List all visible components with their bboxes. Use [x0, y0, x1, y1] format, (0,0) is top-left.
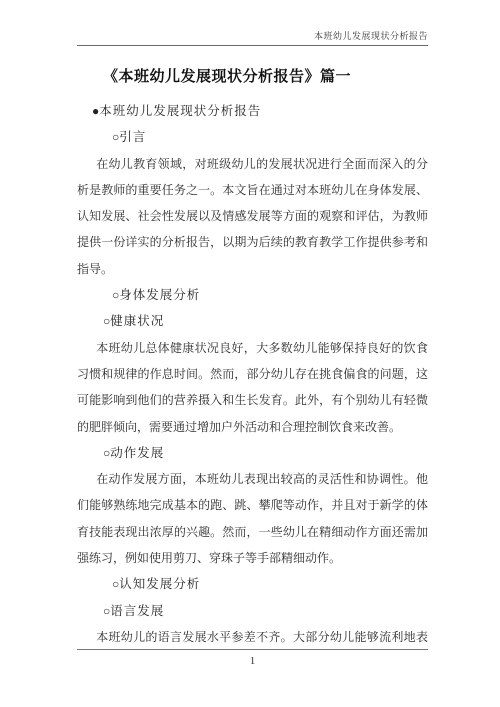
heading-intro-label: 引言 [119, 130, 146, 144]
paragraph-line: 的肥胖倾向，需要通过增加户外活动和合理控制饮食来改善。 [77, 414, 428, 440]
document-body: 《本班幼儿发展现状分析报告》篇一 ●本班幼儿发展现状分析报告 ○引言 在幼儿教育… [77, 60, 428, 650]
paragraph-line: 习惯和规律的作息时间。然而，部分幼儿存在挑食偏食的问题，这 [77, 361, 428, 387]
heading-health: ○健康状况 [77, 308, 428, 334]
heading-language: ○语言发展 [77, 598, 428, 624]
paragraph-line: 在动作发展方面，本班幼儿表现出较高的灵活性和协调性。他 [77, 466, 428, 492]
paragraph-line: 们能够熟练地完成基本的跑、跳、攀爬等动作，并且对于新学的体 [77, 492, 428, 518]
paragraph-health: 本班幼儿总体健康状况良好，大多数幼儿能够保持良好的饮食 习惯和规律的作息时间。然… [77, 335, 428, 440]
paragraph-line: 析是教师的重要任务之一。本文旨在通过对本班幼儿在身体发展、 [77, 177, 428, 203]
paragraph-line: 育技能表现出浓厚的兴趣。然而，一些幼儿在精细动作方面还需加 [77, 519, 428, 545]
heading-physical-label: 身体发展分析 [119, 288, 200, 302]
paragraph-intro: 在幼儿教育领域，对班级幼儿的发展状况进行全面而深入的分 析是教师的重要任务之一。… [77, 151, 428, 282]
heading-cognitive: ○认知发展分析 [77, 571, 428, 597]
heading-language-label: 语言发展 [110, 604, 164, 618]
heading-cognitive-label: 认知发展分析 [119, 577, 200, 591]
paragraph-line: 指导。 [77, 256, 428, 282]
paragraph-motor: 在动作发展方面，本班幼儿表现出较高的灵活性和协调性。他 们能够熟练地完成基本的跑… [77, 466, 428, 571]
page-header: 本班幼儿发展现状分析报告 [77, 30, 428, 46]
paragraph-line: 可能影响到他们的营养摄入和生长发育。此外，有个别幼儿有轻微 [77, 387, 428, 413]
paragraph-line: 提供一份详实的分析报告，以期为后续的教育教学工作提供参考和 [77, 229, 428, 255]
paragraph-line: 认知发展、社会性发展以及情感发展等方面的观察和评估，为教师 [77, 203, 428, 229]
paragraph-line: 本班幼儿总体健康状况良好，大多数幼儿能够保持良好的饮食 [77, 335, 428, 361]
page-number: 1 [250, 655, 256, 667]
heading-intro: ○引言 [77, 124, 428, 150]
header-running-title: 本班幼儿发展现状分析报告 [314, 31, 428, 41]
paragraph-line: 本班幼儿的语言发展水平参差不齐。大部分幼儿能够流利地表 [77, 624, 428, 650]
heading-report: ●本班幼儿发展现状分析报告 [77, 98, 428, 124]
paragraph-line: 强练习，例如使用剪刀、穿珠子等手部精细动作。 [77, 545, 428, 571]
heading-motor: ○动作发展 [77, 440, 428, 466]
heading-motor-label: 动作发展 [110, 446, 164, 460]
heading-report-label: 本班幼儿发展现状分析报告 [99, 104, 261, 118]
paragraph-language: 本班幼儿的语言发展水平参差不齐。大部分幼儿能够流利地表 [77, 624, 428, 650]
heading-health-label: 健康状况 [110, 314, 164, 328]
document-page: 本班幼儿发展现状分析报告 《本班幼儿发展现状分析报告》篇一 ●本班幼儿发展现状分… [0, 0, 500, 707]
document-title: 《本班幼儿发展现状分析报告》篇一 [103, 66, 428, 88]
page-footer: 1 [77, 649, 428, 668]
paragraph-line: 在幼儿教育领域，对班级幼儿的发展状况进行全面而深入的分 [77, 151, 428, 177]
heading-physical: ○身体发展分析 [77, 282, 428, 308]
